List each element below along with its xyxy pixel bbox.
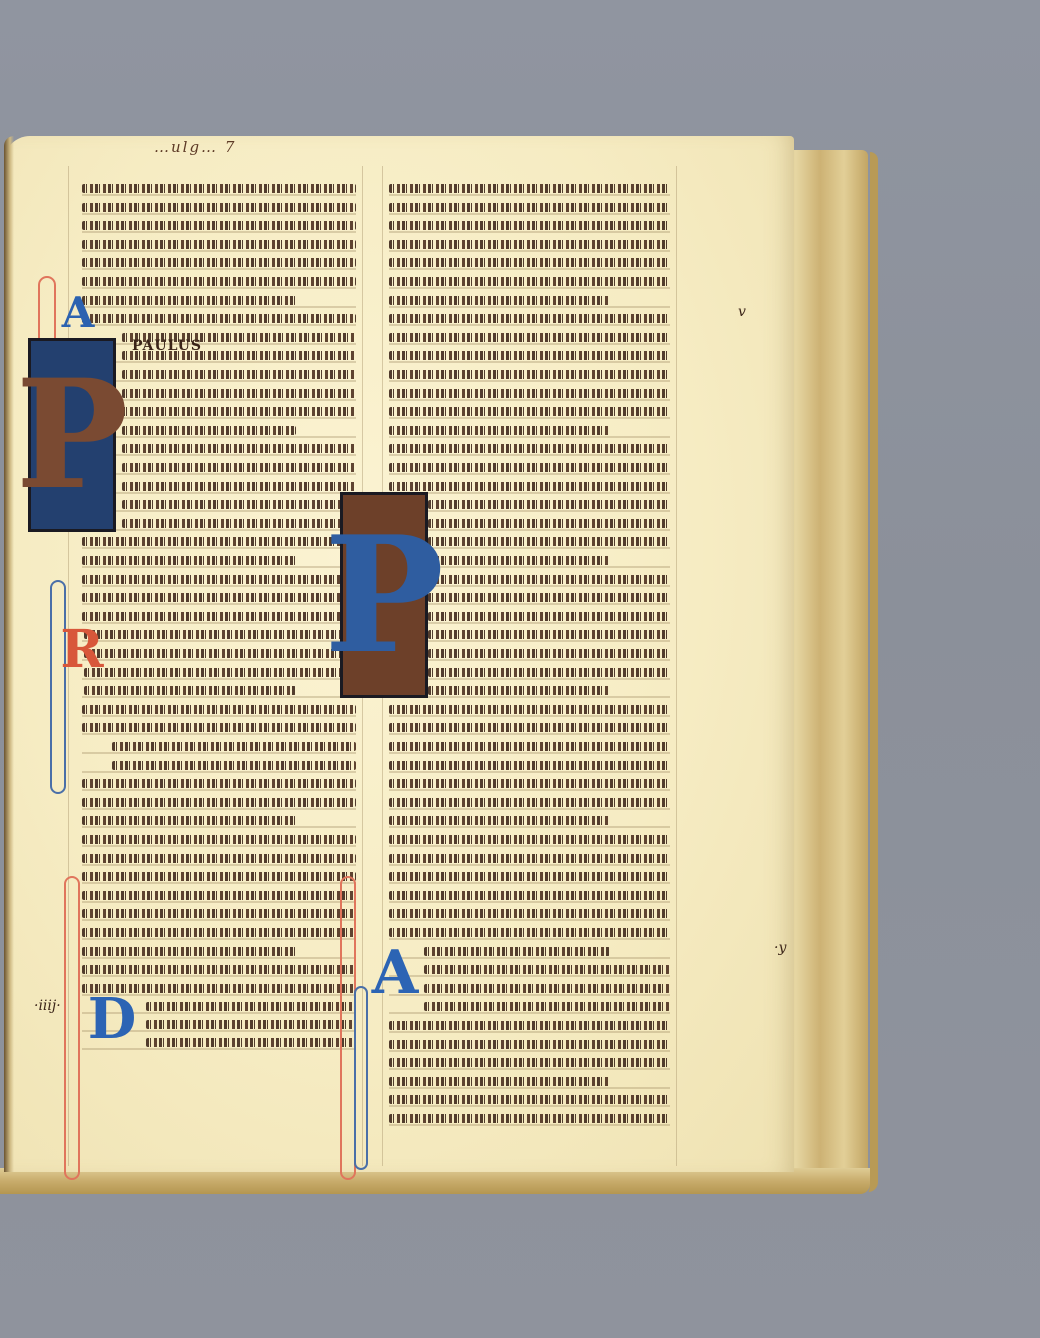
script-line bbox=[82, 705, 356, 714]
script-line bbox=[428, 630, 670, 639]
initial-r-red: R bbox=[62, 625, 102, 673]
script-line bbox=[82, 240, 356, 249]
script-line bbox=[389, 1021, 670, 1030]
ruled-line bbox=[82, 343, 356, 345]
script-line bbox=[122, 482, 356, 491]
ruled-line bbox=[389, 789, 670, 791]
initial-p-historiated: P bbox=[340, 492, 428, 698]
ruled-line bbox=[389, 306, 670, 308]
script-line bbox=[82, 575, 356, 584]
ruled-line bbox=[82, 324, 356, 326]
ruled-line bbox=[82, 715, 356, 717]
ruled-line bbox=[389, 752, 670, 754]
ruled-line bbox=[82, 231, 356, 233]
script-line bbox=[82, 184, 356, 193]
ruled-line bbox=[389, 1068, 670, 1070]
script-line bbox=[122, 370, 356, 379]
script-line bbox=[424, 1002, 670, 1011]
ruled-line bbox=[82, 696, 356, 698]
ruled-line bbox=[389, 864, 670, 866]
script-line bbox=[389, 742, 670, 751]
script-line bbox=[389, 928, 670, 937]
script-line bbox=[389, 351, 670, 360]
script-line bbox=[82, 779, 356, 788]
ruled-line bbox=[82, 547, 356, 549]
ruled-line bbox=[389, 492, 670, 494]
ruled-line bbox=[389, 1031, 670, 1033]
ruled-line bbox=[389, 808, 670, 810]
script-line bbox=[389, 816, 610, 825]
script-line bbox=[389, 1114, 670, 1123]
script-line bbox=[428, 668, 670, 677]
script-line bbox=[82, 816, 296, 825]
script-line bbox=[82, 947, 296, 956]
script-line bbox=[122, 519, 356, 528]
script-line bbox=[428, 593, 670, 602]
ruled-line bbox=[389, 361, 670, 363]
ruled-line bbox=[82, 864, 356, 866]
ruled-line bbox=[389, 975, 670, 977]
ruled-line bbox=[82, 659, 356, 661]
script-line bbox=[122, 463, 356, 472]
ruled-line bbox=[82, 901, 356, 903]
script-line bbox=[146, 1002, 356, 1011]
script-line bbox=[389, 798, 670, 807]
script-line bbox=[84, 649, 356, 658]
ruled-line bbox=[82, 771, 356, 773]
ruled-line bbox=[389, 417, 670, 419]
ruled-line bbox=[82, 250, 356, 252]
page-gutter bbox=[4, 136, 14, 1172]
ruled-line bbox=[389, 343, 670, 345]
script-line bbox=[389, 1095, 670, 1104]
script-line bbox=[389, 482, 670, 491]
ruled-line bbox=[82, 268, 356, 270]
script-line bbox=[82, 314, 356, 323]
script-line bbox=[428, 649, 670, 658]
script-line bbox=[389, 854, 670, 863]
script-line bbox=[82, 537, 356, 546]
ruled-line bbox=[389, 380, 670, 382]
script-line bbox=[84, 686, 296, 695]
script-line bbox=[389, 370, 670, 379]
ruled-line bbox=[389, 994, 670, 996]
ruled-line bbox=[389, 696, 670, 698]
script-line bbox=[146, 1038, 356, 1047]
script-line bbox=[389, 1040, 670, 1049]
ruled-line bbox=[82, 640, 356, 642]
script-line bbox=[389, 258, 670, 267]
script-line bbox=[389, 761, 670, 770]
initial-a-blue: A bbox=[58, 292, 98, 332]
ruled-line bbox=[82, 585, 356, 587]
script-line bbox=[82, 798, 356, 807]
script-line bbox=[389, 872, 670, 881]
script-line bbox=[389, 909, 670, 918]
ruled-line bbox=[82, 622, 356, 624]
marginal-numeral: ·iiij· bbox=[34, 998, 61, 1014]
script-line bbox=[82, 203, 356, 212]
script-line bbox=[82, 221, 356, 230]
script-line bbox=[424, 947, 610, 956]
ruled-line bbox=[389, 287, 670, 289]
ruled-line bbox=[82, 306, 356, 308]
script-line bbox=[82, 612, 356, 621]
ruled-line bbox=[389, 826, 670, 828]
ruled-line bbox=[389, 919, 670, 921]
ruled-line bbox=[389, 771, 670, 773]
ruling-line bbox=[676, 166, 677, 1166]
script-line bbox=[82, 296, 296, 305]
marginal-mark: v bbox=[738, 304, 746, 320]
script-line bbox=[82, 556, 296, 565]
ruled-line bbox=[389, 715, 670, 717]
ruled-line bbox=[389, 231, 670, 233]
script-line bbox=[424, 965, 670, 974]
script-line bbox=[428, 612, 670, 621]
ruled-line bbox=[389, 473, 670, 475]
ruled-line bbox=[389, 324, 670, 326]
script-line bbox=[389, 891, 670, 900]
script-line bbox=[389, 407, 670, 416]
ruled-line bbox=[389, 957, 670, 959]
script-line bbox=[389, 333, 670, 342]
script-line bbox=[82, 909, 356, 918]
script-line bbox=[112, 742, 356, 751]
script-line bbox=[389, 314, 670, 323]
ruled-line bbox=[389, 213, 670, 215]
script-line bbox=[428, 686, 610, 695]
marginal-mark: ·y bbox=[774, 940, 786, 956]
ruled-line bbox=[389, 1012, 670, 1014]
script-line bbox=[146, 1020, 356, 1029]
ruled-line bbox=[82, 975, 356, 977]
rubric-paulus: PAULUS bbox=[132, 338, 202, 354]
ruled-line bbox=[389, 436, 670, 438]
ruled-line bbox=[389, 399, 670, 401]
ruled-line bbox=[389, 194, 670, 196]
initial-d-blue: D bbox=[88, 996, 136, 1042]
ruled-line bbox=[82, 529, 356, 531]
script-line bbox=[389, 203, 670, 212]
ruled-line bbox=[389, 901, 670, 903]
ruled-line bbox=[82, 194, 356, 196]
script-line bbox=[122, 426, 296, 435]
script-line bbox=[389, 705, 670, 714]
script-line bbox=[82, 928, 356, 937]
script-line bbox=[112, 761, 356, 770]
script-line bbox=[428, 519, 670, 528]
blue-penwork-flourish bbox=[50, 580, 66, 794]
ruled-line bbox=[389, 1050, 670, 1052]
ruled-line bbox=[389, 1105, 670, 1107]
ruled-line bbox=[82, 957, 356, 959]
script-line bbox=[389, 1058, 670, 1067]
script-line bbox=[428, 575, 670, 584]
script-line bbox=[82, 891, 356, 900]
script-line bbox=[428, 500, 670, 509]
ruled-line bbox=[82, 882, 356, 884]
blue-penwork-flourish bbox=[354, 986, 368, 1170]
script-line bbox=[82, 723, 356, 732]
ruled-line bbox=[82, 845, 356, 847]
ruled-line bbox=[82, 213, 356, 215]
script-line bbox=[389, 1077, 610, 1086]
script-line bbox=[122, 444, 356, 453]
script-line bbox=[84, 668, 356, 677]
ruled-line bbox=[82, 919, 356, 921]
ruled-line bbox=[82, 566, 356, 568]
ruled-line bbox=[82, 826, 356, 828]
script-line bbox=[389, 240, 670, 249]
script-line bbox=[389, 184, 670, 193]
script-line bbox=[84, 630, 356, 639]
script-line bbox=[389, 221, 670, 230]
ruled-line bbox=[389, 882, 670, 884]
ruled-line bbox=[389, 1124, 670, 1126]
script-line bbox=[82, 965, 356, 974]
ruled-line bbox=[389, 454, 670, 456]
script-line bbox=[389, 444, 670, 453]
red-penwork-flourish bbox=[64, 876, 80, 1180]
ruled-line bbox=[82, 287, 356, 289]
ruled-line bbox=[82, 938, 356, 940]
script-line bbox=[82, 854, 356, 863]
initial-p-historiated: P bbox=[28, 338, 116, 532]
ruled-line bbox=[389, 250, 670, 252]
script-line bbox=[389, 779, 670, 788]
script-line bbox=[428, 537, 670, 546]
script-line bbox=[389, 723, 670, 732]
script-line bbox=[389, 296, 610, 305]
script-line bbox=[82, 872, 356, 881]
ruled-line bbox=[82, 789, 356, 791]
ruled-line bbox=[389, 1087, 670, 1089]
script-line bbox=[389, 426, 610, 435]
script-line bbox=[82, 277, 356, 286]
script-line bbox=[389, 463, 670, 472]
ruled-line bbox=[82, 808, 356, 810]
book-cover-edge bbox=[780, 152, 878, 1192]
script-line bbox=[82, 258, 356, 267]
ruled-line bbox=[82, 678, 356, 680]
initial-a-blue: A bbox=[372, 944, 418, 1002]
ruled-line bbox=[389, 845, 670, 847]
script-line bbox=[82, 593, 356, 602]
script-line bbox=[389, 277, 670, 286]
ruled-line bbox=[82, 752, 356, 754]
script-line bbox=[122, 407, 356, 416]
ruled-line bbox=[389, 268, 670, 270]
script-line bbox=[82, 835, 356, 844]
script-line bbox=[428, 556, 610, 565]
ruled-line bbox=[389, 938, 670, 940]
script-line bbox=[122, 389, 356, 398]
ruled-line bbox=[389, 733, 670, 735]
script-line bbox=[424, 984, 670, 993]
running-head: …ulg… 7 bbox=[154, 138, 236, 156]
ruled-line bbox=[82, 603, 356, 605]
ruled-line bbox=[82, 733, 356, 735]
script-line bbox=[389, 389, 670, 398]
script-line bbox=[122, 500, 356, 509]
script-line bbox=[389, 835, 670, 844]
